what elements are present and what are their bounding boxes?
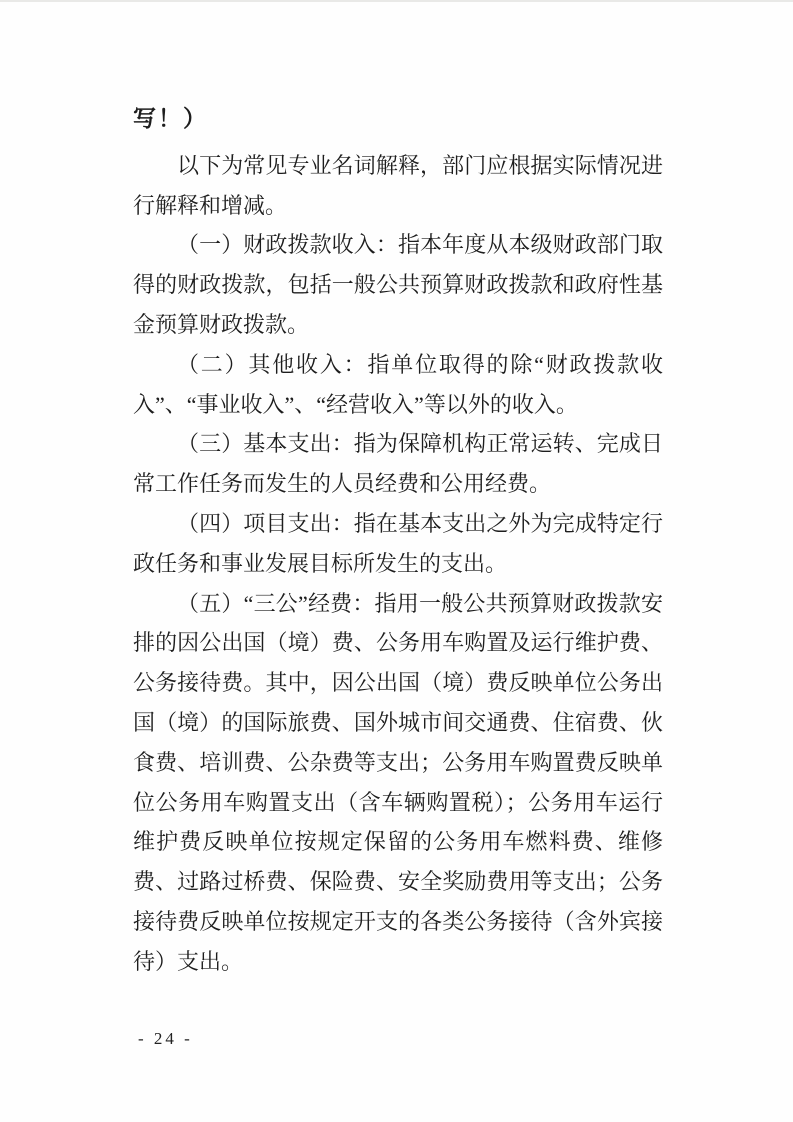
leading-text-fragment: 写！） (133, 99, 663, 139)
document-body: 写！） 以下为常见专业名词解释，部门应根据实际情况进行解释和增减。 （一）财政拨… (133, 99, 663, 982)
page-number: - 24 - (138, 1029, 193, 1049)
paragraph-term-1-fiscal-appropriation-income: （一）财政拨款收入：指本年度从本级财政部门取得的财政拨款，包括一般公共预算财政拨… (133, 225, 663, 344)
paragraph-term-3-basic-expenditure: （三）基本支出：指为保障机构正常运转、完成日常工作任务而发生的人员经费和公用经费… (133, 424, 663, 504)
paragraph-term-4-project-expenditure: （四）项目支出：指在基本支出之外为完成特定行政任务和事业发展目标所发生的支出。 (133, 504, 663, 584)
paragraph-intro: 以下为常见专业名词解释，部门应根据实际情况进行解释和增减。 (133, 146, 663, 226)
paragraph-term-5-three-public-funds: （五）“三公”经费：指用一般公共预算财政拨款安排的因公出国（境）费、公务用车购置… (133, 584, 663, 982)
paragraph-term-2-other-income: （二）其他收入：指单位取得的除“财政拨款收入”、“事业收入”、“经营收入”等以外… (133, 345, 663, 425)
scan-edge (0, 0, 793, 2)
document-page: 写！） 以下为常见专业名词解释，部门应根据实际情况进行解释和增减。 （一）财政拨… (0, 0, 793, 1122)
